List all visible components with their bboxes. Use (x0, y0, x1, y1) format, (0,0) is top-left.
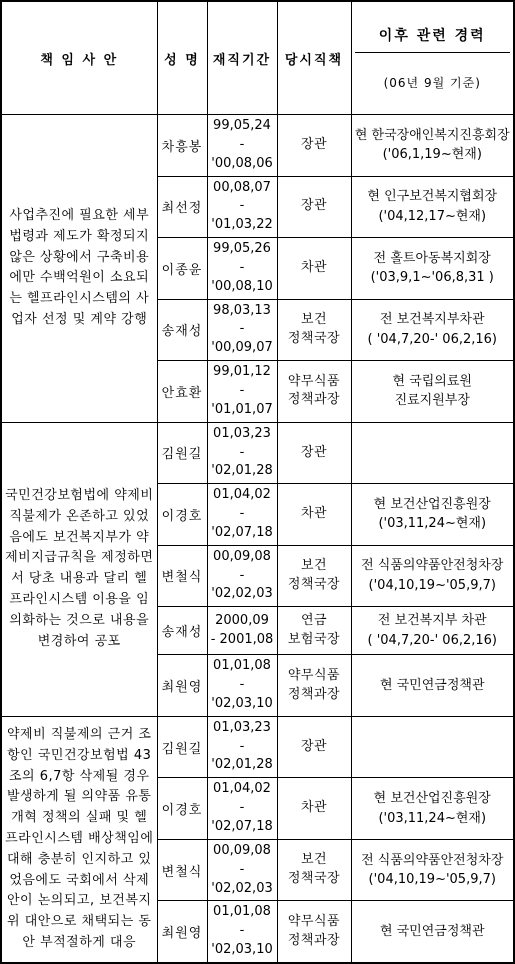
period-cell: 00,09,08 -'02,02,03 (207, 545, 277, 607)
career-cell: 현 국민연금정책관 (351, 655, 514, 717)
position-cell: 차관 (277, 484, 351, 546)
position-cell: 장관 (277, 176, 351, 238)
position-cell: 보건 정책국장 (277, 545, 351, 607)
name-cell: 송재성 (157, 607, 207, 655)
career-cell: 현 국립의료원 진료지원부장 (351, 361, 514, 423)
period-cell: 01,04,02 -'02,07,18 (207, 484, 277, 546)
career-cell: 전 보건복지부 차관 ( '04,7,20-' 06,2,16) (351, 607, 514, 655)
header-name: 성 명 (157, 1, 207, 115)
name-cell: 김원길 (157, 716, 207, 778)
career-cell: 전 보건복지부차관 ( '04,7,20-' 06,2,16) (351, 299, 514, 361)
position-cell: 보건 정책국장 (277, 839, 351, 901)
document-page: 책 임 사 안 성 명 재직기간 당시직책 이후 관련 경력 (06년 9월 기… (0, 0, 515, 786)
header-period: 재직기간 (207, 1, 277, 115)
position-cell: 보건 정책국장 (277, 299, 351, 361)
position-cell: 연금 보험국장 (277, 607, 351, 655)
table-row: 사업추진에 필요한 세부법령과 제도가 확정되지 않은 상황에서 구축비용에만 … (1, 115, 514, 177)
name-cell: 안효환 (157, 361, 207, 423)
position-cell: 약무식품 정책과장 (277, 901, 351, 963)
period-cell: 00,09,08 -'02,02,03 (207, 839, 277, 901)
position-cell: 차관 (277, 778, 351, 840)
header-issue: 책 임 사 안 (1, 1, 157, 115)
period-cell: 01,03,23 -'02,01,28 (207, 716, 277, 778)
period-cell: 99,05,26 -'00,08,10 (207, 238, 277, 300)
career-cell: 전 식품의약품안전청차장 ('04,10,19~'05,9,7) (351, 839, 514, 901)
career-cell (351, 422, 514, 484)
career-cell: 현 보건산업진흥원장 ('03,11,24~현재) (351, 778, 514, 840)
period-cell: 99,01,12 -'01,01,07 (207, 361, 277, 423)
period-cell: 99,05,24 -'00,08,06 (207, 115, 277, 177)
name-cell: 최원영 (157, 901, 207, 963)
accountability-table: 책 임 사 안 성 명 재직기간 당시직책 이후 관련 경력 (06년 9월 기… (0, 0, 515, 964)
period-cell: 01,01,08 -'02,03,10 (207, 901, 277, 963)
issue-cell-section-1: 사업추진에 필요한 세부법령과 제도가 확정되지 않은 상황에서 구축비용에만 … (1, 115, 157, 423)
name-cell: 이종윤 (157, 238, 207, 300)
career-cell: 현 보건산업진흥원장 ('03,11,24~현재) (351, 484, 514, 546)
name-cell: 송재성 (157, 299, 207, 361)
header-career: 이후 관련 경력 (06년 9월 기준) (351, 1, 514, 115)
position-cell: 장관 (277, 716, 351, 778)
period-cell: 01,03,23 -'02,01,28 (207, 422, 277, 484)
position-cell: 장관 (277, 115, 351, 177)
name-cell: 김원길 (157, 422, 207, 484)
name-cell: 최원영 (157, 655, 207, 717)
position-cell: 장관 (277, 422, 351, 484)
career-cell: 현 국민연금정책관 (351, 901, 514, 963)
career-cell (351, 716, 514, 778)
issue-cell-section-3: 약제비 직불제의 근거 조항인 국민건강보험법 43조의 6,7항 삭제될 경우… (1, 716, 157, 963)
name-cell: 최선정 (157, 176, 207, 238)
period-cell: 2000,09 - 2001,08 (207, 607, 277, 655)
header-position: 당시직책 (277, 1, 351, 115)
issue-cell-section-2: 국민건강보험법에 약제비직불제가 온존하고 있었음에도 보건복지부가 약제비지급… (1, 422, 157, 716)
name-cell: 이경호 (157, 484, 207, 546)
table-row: 약제비 직불제의 근거 조항인 국민건강보험법 43조의 6,7항 삭제될 경우… (1, 716, 514, 778)
position-cell: 약무식품 정책과장 (277, 361, 351, 423)
period-cell: 98,03,13 -'00,09,07 (207, 299, 277, 361)
name-cell: 이경호 (157, 778, 207, 840)
period-cell: 00,08,07 -'01,03,22 (207, 176, 277, 238)
table-row: 국민건강보험법에 약제비직불제가 온존하고 있었음에도 보건복지부가 약제비지급… (1, 422, 514, 484)
period-cell: 01,01,08 -'02,03,10 (207, 655, 277, 717)
name-cell: 변철식 (157, 839, 207, 901)
name-cell: 변철식 (157, 545, 207, 607)
header-row: 책 임 사 안 성 명 재직기간 당시직책 이후 관련 경력 (06년 9월 기… (1, 1, 514, 115)
career-cell: 전 식품의약품안전청차장 ('04,10,19~'05,9,7) (351, 545, 514, 607)
career-cell: 현 한국장애인복지진흥회장 ('06,1,19~현재) (351, 115, 514, 177)
career-cell: 전 홀트아동복지회장 ('03,9,1~'06,8,31 ) (351, 238, 514, 300)
header-career-asof: (06년 9월 기준) (355, 68, 511, 97)
position-cell: 차관 (277, 238, 351, 300)
position-cell: 약무식품 정책과장 (277, 655, 351, 717)
header-career-title: 이후 관련 경력 (355, 19, 511, 53)
name-cell: 차흥봉 (157, 115, 207, 177)
period-cell: 01,04,02 -'02,07,18 (207, 778, 277, 840)
career-cell: 현 인구보건복지협회장 ('04,12,17~현재) (351, 176, 514, 238)
